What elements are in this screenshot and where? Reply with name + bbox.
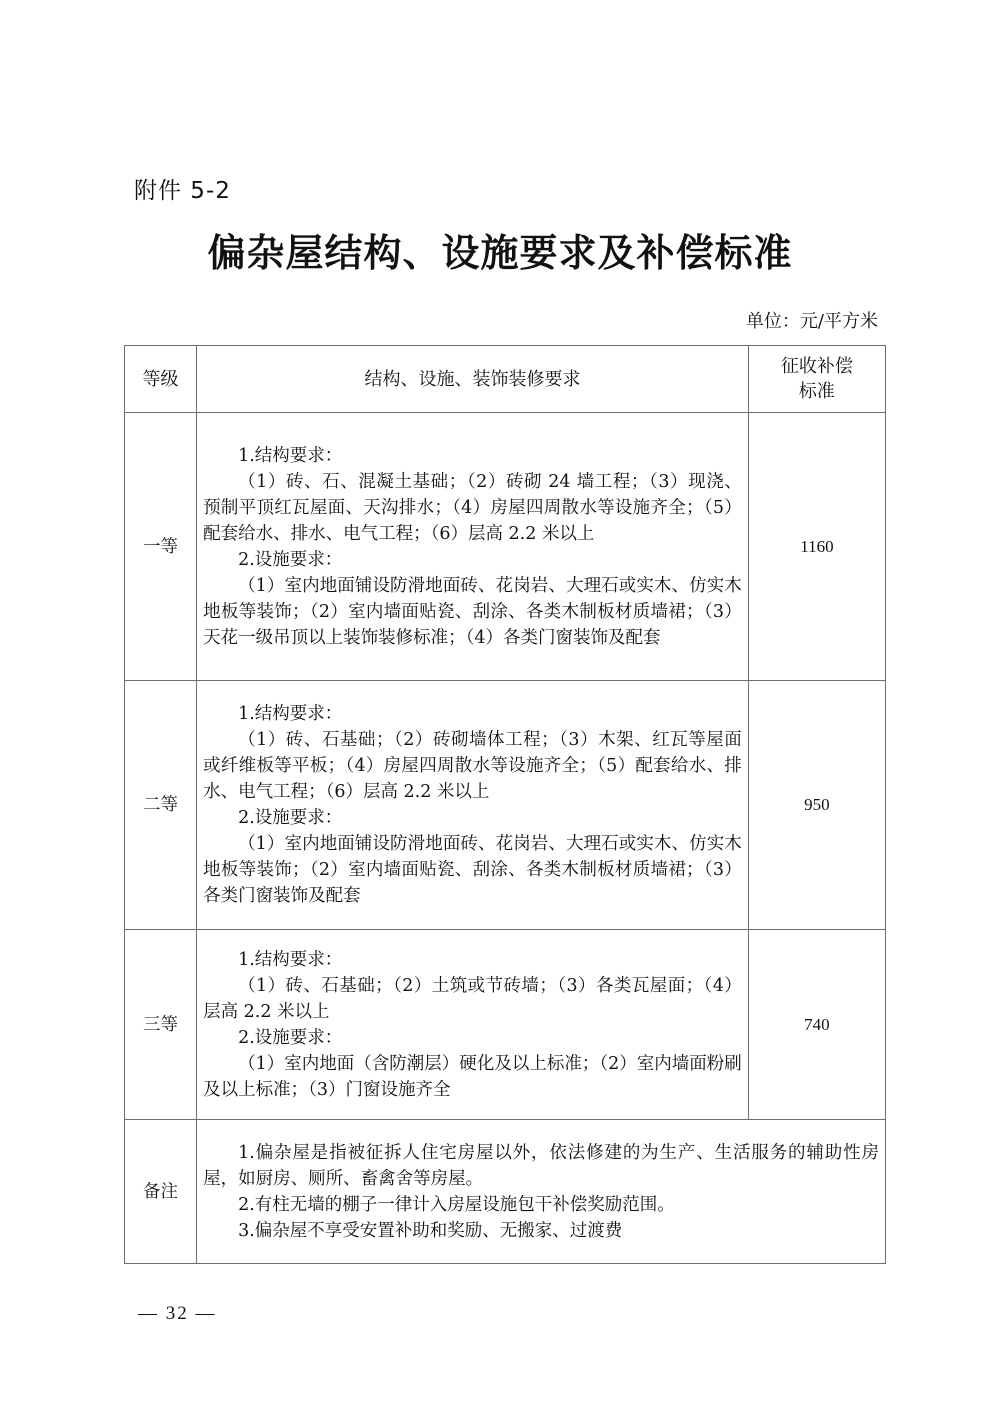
facility-title: 2.设施要求：	[203, 805, 742, 831]
facility-text: （1）室内地面铺设防滑地面砖、花岗岩、大理石或实木、仿实木地板等装饰；（2）室内…	[203, 573, 742, 651]
grade-cell: 二等	[125, 681, 197, 930]
price-cell: 950	[748, 681, 885, 930]
price-cell: 740	[748, 930, 885, 1120]
notes-cell: 1.偏杂屋是指被征拆人住宅房屋以外，依法修建的为生产、生活服务的辅助性房屋，如厨…	[197, 1120, 886, 1264]
requirements-cell: 1.结构要求： （1）砖、石、混凝土基础；（2）砖砌 24 墙工程；（3）现浇、…	[197, 413, 749, 681]
compensation-table: 等级 结构、设施、装饰装修要求 征收补偿 标准 一等 1.结构要求： （1）砖、…	[124, 345, 886, 1264]
attachment-label: 附件 5-2	[134, 172, 231, 205]
note-item: 3.偏杂屋不享受安置补助和奖励、无搬家、过渡费	[203, 1218, 879, 1244]
facility-text: （1）室内地面（含防潮层）硬化及以上标准；（2）室内墙面粉刷及以上标准；（3）门…	[203, 1051, 742, 1103]
note-item: 2.有柱无墙的棚子一律计入房屋设施包干补偿奖励范围。	[203, 1192, 879, 1218]
header-requirements: 结构、设施、装饰装修要求	[197, 346, 749, 413]
notes-row: 备注 1.偏杂屋是指被征拆人住宅房屋以外，依法修建的为生产、生活服务的辅助性房屋…	[125, 1120, 886, 1264]
table-header-row: 等级 结构、设施、装饰装修要求 征收补偿 标准	[125, 346, 886, 413]
grade-cell: 三等	[125, 930, 197, 1120]
header-grade: 等级	[125, 346, 197, 413]
structure-text: （1）砖、石基础；（2）砖砌墙体工程；（3）木架、红瓦等屋面或纤维板等平板；（4…	[203, 727, 742, 805]
page-title: 偏杂屋结构、设施要求及补偿标准	[0, 222, 1000, 277]
structure-title: 1.结构要求：	[203, 947, 742, 973]
structure-text: （1）砖、石基础；（2）土筑或节砖墙；（3）各类瓦屋面；（4）层高 2.2 米以…	[203, 973, 742, 1025]
note-item: 1.偏杂屋是指被征拆人住宅房屋以外，依法修建的为生产、生活服务的辅助性房屋，如厨…	[203, 1140, 879, 1192]
facility-title: 2.设施要求：	[203, 547, 742, 573]
header-compensation-line2: 标准	[749, 379, 885, 404]
notes-label: 备注	[125, 1120, 197, 1264]
grade-cell: 一等	[125, 413, 197, 681]
structure-title: 1.结构要求：	[203, 443, 742, 469]
facility-title: 2.设施要求：	[203, 1025, 742, 1051]
price-cell: 1160	[748, 413, 885, 681]
header-compensation-line1: 征收补偿	[749, 354, 885, 379]
table-row: 三等 1.结构要求： （1）砖、石基础；（2）土筑或节砖墙；（3）各类瓦屋面；（…	[125, 930, 886, 1120]
table-row: 一等 1.结构要求： （1）砖、石、混凝土基础；（2）砖砌 24 墙工程；（3）…	[125, 413, 886, 681]
structure-title: 1.结构要求：	[203, 701, 742, 727]
requirements-cell: 1.结构要求： （1）砖、石基础；（2）土筑或节砖墙；（3）各类瓦屋面；（4）层…	[197, 930, 749, 1120]
header-compensation: 征收补偿 标准	[748, 346, 885, 413]
page-number: — 32 —	[138, 1303, 217, 1325]
table-row: 二等 1.结构要求： （1）砖、石基础；（2）砖砌墙体工程；（3）木架、红瓦等屋…	[125, 681, 886, 930]
requirements-cell: 1.结构要求： （1）砖、石基础；（2）砖砌墙体工程；（3）木架、红瓦等屋面或纤…	[197, 681, 749, 930]
facility-text: （1）室内地面铺设防滑地面砖、花岗岩、大理石或实木、仿实木地板等装饰；（2）室内…	[203, 831, 742, 909]
unit-label: 单位：元/平方米	[746, 307, 878, 333]
structure-text: （1）砖、石、混凝土基础；（2）砖砌 24 墙工程；（3）现浇、预制平顶红瓦屋面…	[203, 469, 742, 547]
